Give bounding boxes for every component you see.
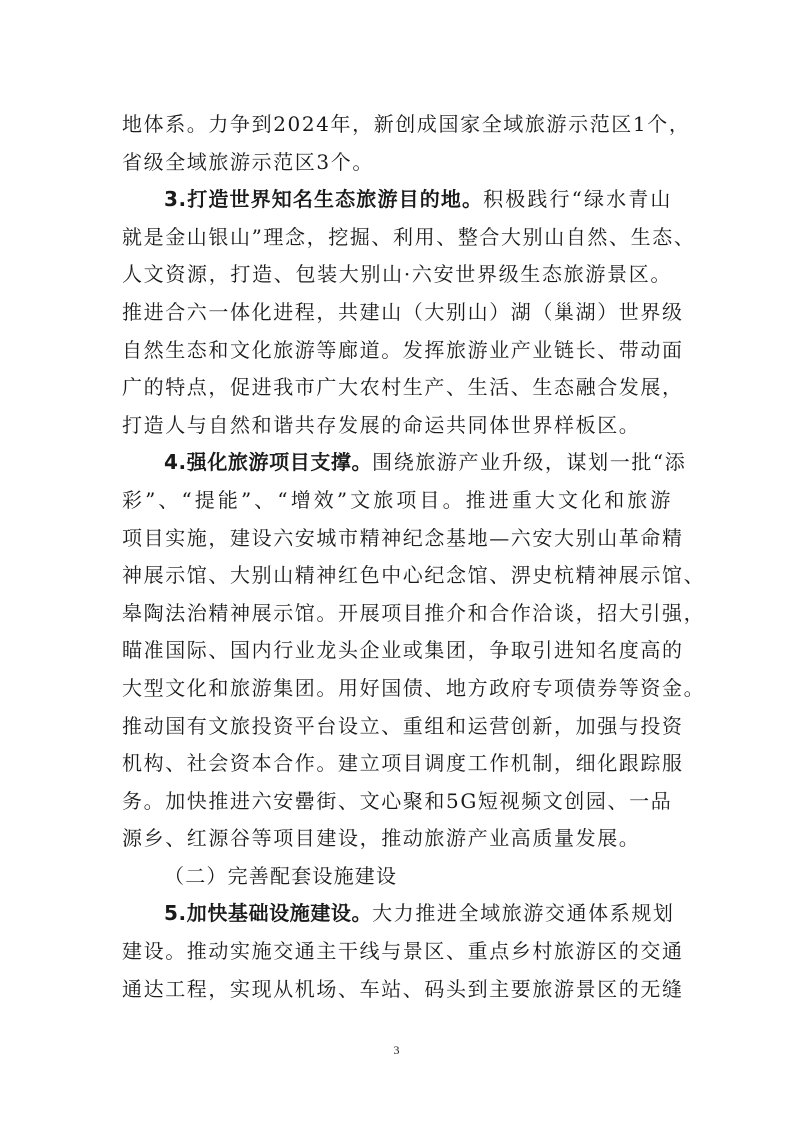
paragraph-line: 神展示馆、大别山精神红色中心纪念馆、淠史杭精神展示馆、 xyxy=(122,557,672,595)
paragraph-line: 人文资源，打造、包装大别山·六安世界级生态旅游景区。 xyxy=(122,256,672,294)
paragraph-text: 大力推进全域旅游交通体系规划 xyxy=(372,901,674,925)
paragraph-line: 彩”、“提能”、“增效”文旅项目。推进重大文化和旅游 xyxy=(122,482,672,520)
paragraph-text: 围绕旅游产业升级，谋划一批“添 xyxy=(372,450,686,474)
subsection-heading: （二）完善配套设施建设 xyxy=(122,858,672,896)
paragraph-line: 自然生态和文化旅游等廊道。发挥旅游业产业链长、带动面 xyxy=(122,332,672,370)
section-4-heading-line: 4.强化旅游项目支撑。围绕旅游产业升级，谋划一批“添 xyxy=(122,444,672,482)
document-page: 地体系。力争到2024年，新创成国家全域旅游示范区1个， 省级全域旅游示范区3个… xyxy=(0,0,793,1122)
section-5-heading: 5.加快基础设施建设。 xyxy=(164,901,372,925)
paragraph-line: 通达工程，实现从机场、车站、码头到主要旅游景区的无缝 xyxy=(122,971,672,1009)
paragraph-line: 瞄准国际、国内行业龙头企业或集团，争取引进知名度高的 xyxy=(122,632,672,670)
paragraph-line: 打造人与自然和谐共存发展的命运共同体世界样板区。 xyxy=(122,407,672,445)
paragraph-text: 积极践行“绿水青山 xyxy=(483,187,672,211)
paragraph-line: 广的特点，促进我市广大农村生产、生活、生态融合发展， xyxy=(122,369,672,407)
paragraph-line: 机构、社会资本合作。建立项目调度工作机制，细化跟踪服 xyxy=(122,745,672,783)
document-body: 地体系。力争到2024年，新创成国家全域旅游示范区1个， 省级全域旅游示范区3个… xyxy=(122,106,672,1008)
paragraph-line: 项目实施，建设六安城市精神纪念基地—六安大别山革命精 xyxy=(122,520,672,558)
paragraph-line: 推进合六一体化进程，共建山（大别山）湖（巢湖）世界级 xyxy=(122,294,672,332)
paragraph-line: 省级全域旅游示范区3个。 xyxy=(122,144,672,182)
paragraph-line: 地体系。力争到2024年，新创成国家全域旅游示范区1个， xyxy=(122,106,672,144)
paragraph-line: 建设。推动实施交通主干线与景区、重点乡村旅游区的交通 xyxy=(122,933,672,971)
page-number: 3 xyxy=(0,1043,793,1058)
paragraph-line: 皋陶法治精神展示馆。开展项目推介和合作洽谈，招大引强， xyxy=(122,595,672,633)
section-3-heading: 3.打造世界知名生态旅游目的地。 xyxy=(164,187,483,211)
paragraph-line: 大型文化和旅游集团。用好国债、地方政府专项债券等资金。 xyxy=(122,670,672,708)
paragraph-line: 务。加快推进六安罍街、文心聚和5G短视频文创园、一品 xyxy=(122,783,672,821)
paragraph-line: 推动国有文旅投资平台设立、重组和运营创新，加强与投资 xyxy=(122,708,672,746)
paragraph-line: 源乡、红源谷等项目建设，推动旅游产业高质量发展。 xyxy=(122,820,672,858)
paragraph-line: 就是金山银山”理念，挖掘、利用、整合大别山自然、生态、 xyxy=(122,219,672,257)
section-4-heading: 4.强化旅游项目支撑。 xyxy=(164,450,372,474)
section-5-heading-line: 5.加快基础设施建设。大力推进全域旅游交通体系规划 xyxy=(122,895,672,933)
section-3-heading-line: 3.打造世界知名生态旅游目的地。积极践行“绿水青山 xyxy=(122,181,672,219)
